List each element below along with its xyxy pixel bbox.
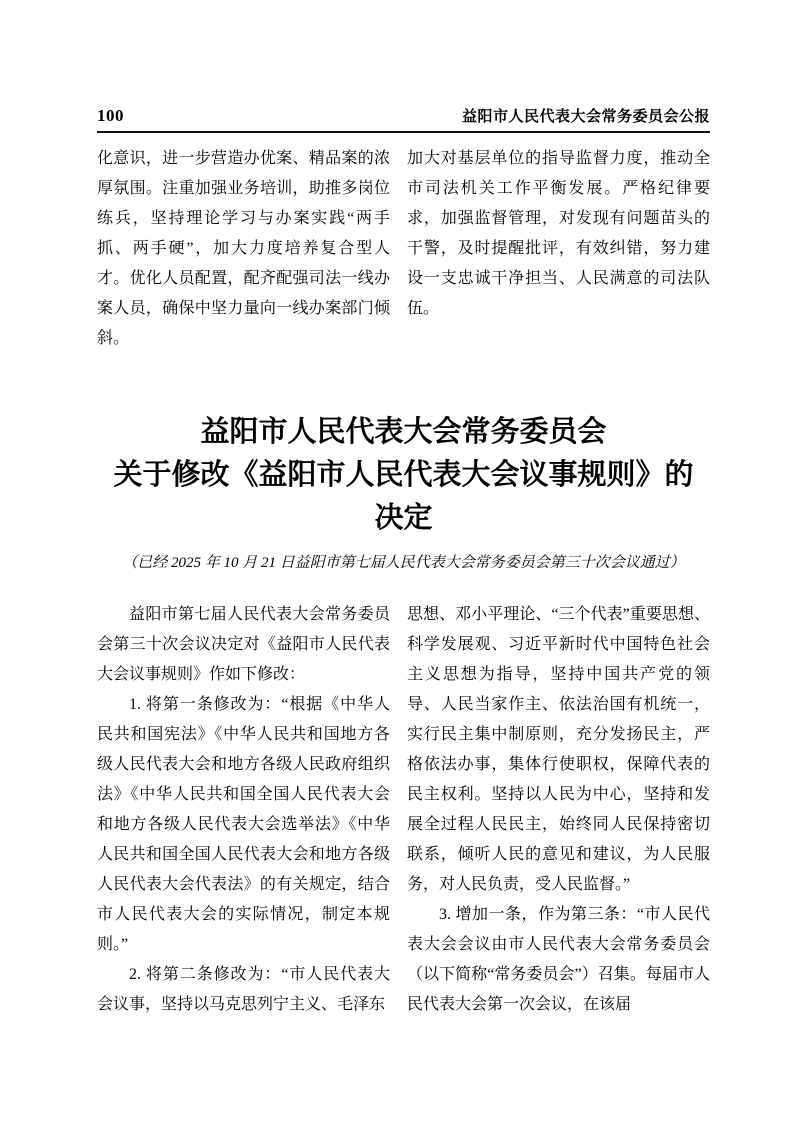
decision-paragraph-item-2-start: 2. 将第二条修改为：“市人民代表大会议事，坚持以马克思列宁主义、毛泽东	[97, 960, 390, 1020]
prev-article-right-column: 加大对基层单位的指导监督力度，推动全市司法机关工作平衡发展。严格纪律要求，加强监…	[407, 144, 710, 354]
decision-paragraph-item-1: 1. 将第一条修改为：“根据《中华人民共和国宪法》《中华人民共和国地方各级人民代…	[97, 690, 390, 960]
decision-body: 益阳市第七届人民代表大会常务委员会第三十次会议决定对《益阳市人民代表大会议事规则…	[97, 600, 710, 1020]
decision-title-line-3: 决定	[97, 497, 710, 540]
decision-paragraph-intro: 益阳市第七届人民代表大会常务委员会第三十次会议决定对《益阳市人民代表大会议事规则…	[97, 600, 390, 690]
prev-article-left-text: 化意识，进一步营造办优案、精品案的浓厚氛围。注重加强业务培训，助推多岗位练兵，坚…	[97, 144, 390, 354]
decision-paragraph-item-2-continued: 思想、邓小平理论、“三个代表”重要思想、科学发展观、习近平新时代中国特色社会主义…	[407, 600, 710, 900]
adoption-note: （已经 2025 年 10 月 21 日益阳市第七届人民代表大会常务委员会第三十…	[97, 551, 710, 575]
page-number: 100	[97, 106, 124, 126]
previous-article-continuation: 化意识，进一步营造办优案、精品案的浓厚氛围。注重加强业务培训，助推多岗位练兵，坚…	[97, 144, 710, 354]
page-content: 100 益阳市人民代表大会常务委员会公报 化意识，进一步营造办优案、精品案的浓厚…	[0, 0, 794, 1020]
decision-paragraph-item-3: 3. 增加一条，作为第三条：“市人民代表大会会议由市人民代表大会常务委员会（以下…	[407, 900, 710, 1020]
decision-title: 益阳市人民代表大会常务委员会 关于修改《益阳市人民代表大会议事规则》的 决定	[97, 411, 710, 540]
gazette-page: 100 益阳市人民代表大会常务委员会公报 化意识，进一步营造办优案、精品案的浓厚…	[0, 0, 794, 1122]
publication-title: 益阳市人民代表大会常务委员会公报	[462, 105, 710, 126]
running-head: 100 益阳市人民代表大会常务委员会公报	[97, 0, 710, 133]
decision-right-column: 思想、邓小平理论、“三个代表”重要思想、科学发展观、习近平新时代中国特色社会主义…	[407, 600, 710, 1020]
decision-title-line-2: 关于修改《益阳市人民代表大会议事规则》的	[97, 454, 710, 497]
decision-left-column: 益阳市第七届人民代表大会常务委员会第三十次会议决定对《益阳市人民代表大会议事规则…	[97, 600, 390, 1020]
decision-title-line-1: 益阳市人民代表大会常务委员会	[97, 411, 710, 454]
prev-article-left-column: 化意识，进一步营造办优案、精品案的浓厚氛围。注重加强业务培训，助推多岗位练兵，坚…	[97, 144, 390, 354]
prev-article-right-text: 加大对基层单位的指导监督力度，推动全市司法机关工作平衡发展。严格纪律要求，加强监…	[407, 144, 710, 324]
